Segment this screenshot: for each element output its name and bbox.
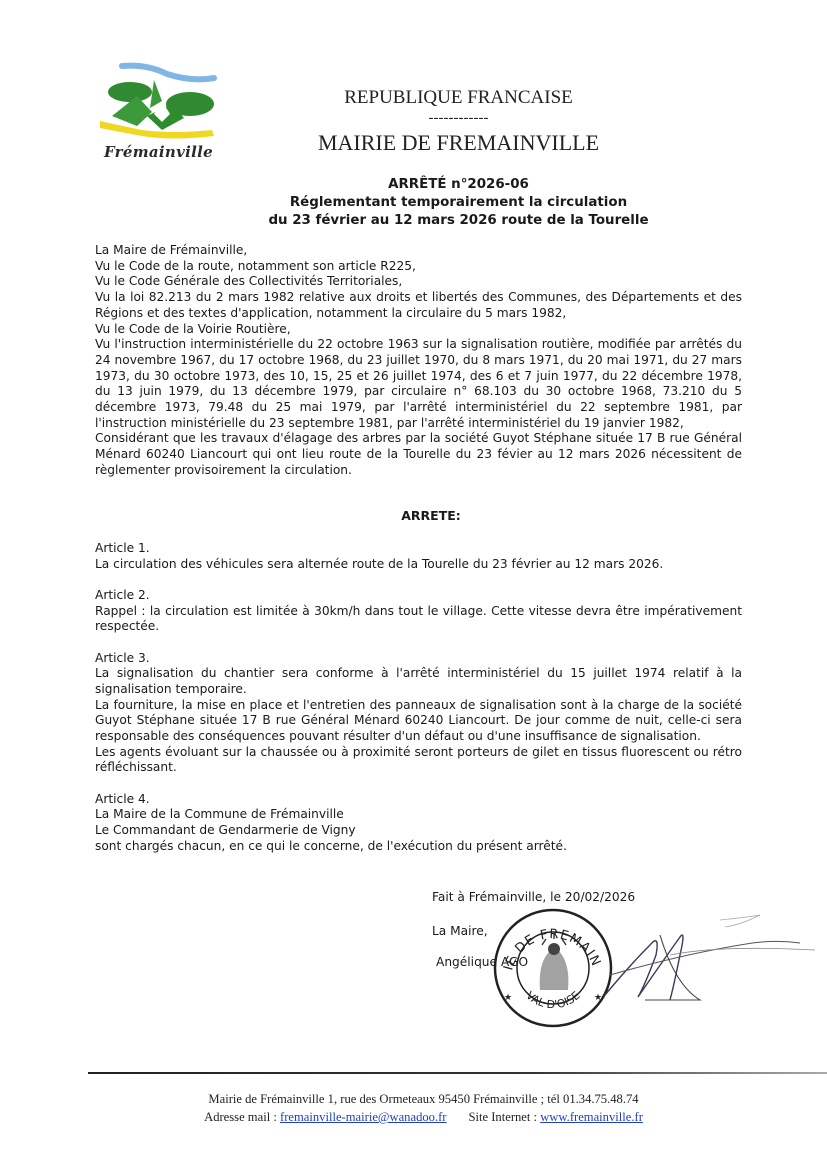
article-paragraph: Rappel : la circulation est limitée à 30… — [95, 604, 742, 635]
article-title: Article 4. — [95, 792, 742, 808]
article-3: Article 3. La signalisation du chantier … — [95, 651, 742, 777]
article-paragraph: La Maire de la Commune de Frémainville — [95, 807, 742, 823]
arrete-subject-line-1: Réglementant temporairement la circulati… — [90, 194, 827, 212]
arrete-title: ARRÊTÉ n°2026-06 Réglementant temporaire… — [0, 176, 827, 230]
republic-heading: REPUBLIQUE FRANCAISE — [0, 87, 827, 109]
email-link[interactable]: fremainville-mairie@wanadoo.fr — [280, 1110, 447, 1124]
footer-divider — [88, 1072, 827, 1074]
official-stamp-icon: MAIRIE DE FREMAINVILLE VAL D'OISE ★ ★ — [490, 905, 615, 1030]
arrete-heading: ARRETE: — [0, 508, 827, 523]
article-title: Article 3. — [95, 651, 742, 667]
preamble: La Maire de Frémainville, Vu le Code de … — [95, 243, 742, 479]
article-1: Article 1. La circulation des véhicules … — [95, 541, 742, 572]
preamble-line: Vu le Code de la Voirie Routière, — [95, 322, 742, 338]
article-paragraph: sont chargés chacun, en ce qui le concer… — [95, 839, 742, 855]
article-title: Article 1. — [95, 541, 742, 557]
preamble-line: Vu la loi 82.213 du 2 mars 1982 relative… — [95, 290, 742, 321]
preamble-line: Vu le Code de la route, notamment son ar… — [95, 259, 742, 275]
footer-address: Mairie de Frémainville 1, rue des Ormete… — [20, 1090, 827, 1108]
email-label: Adresse mail : — [204, 1110, 280, 1124]
article-4: Article 4. La Maire de la Commune de Fré… — [95, 792, 742, 855]
signer-role: La Maire, — [432, 924, 488, 938]
stamp-bottom-text: VAL D'OISE — [523, 989, 582, 1011]
mairie-heading: MAIRIE DE FREMAINVILLE — [0, 130, 827, 156]
svg-text:VAL D'OISE: VAL D'OISE — [523, 989, 582, 1011]
preamble-line: Considérant que les travaux d'élagage de… — [95, 431, 742, 478]
article-paragraph: La fourniture, la mise en place et l'ent… — [95, 698, 742, 745]
article-paragraph: La signalisation du chantier sera confor… — [95, 666, 742, 697]
arrete-subject-line-2: du 23 février au 12 mars 2026 route de l… — [90, 212, 827, 230]
footer-contacts: Adresse mail : fremainville-mairie@wanad… — [20, 1108, 827, 1126]
header-separator: ------------ — [0, 110, 827, 127]
place-and-date: Fait à Frémainville, le 20/02/2026 — [432, 890, 635, 904]
arrete-number: ARRÊTÉ n°2026-06 — [90, 176, 827, 194]
preamble-line: La Maire de Frémainville, — [95, 243, 742, 259]
articles: Article 1. La circulation des véhicules … — [95, 541, 742, 870]
article-title: Article 2. — [95, 588, 742, 604]
preamble-line: Vu l'instruction interministérielle du 2… — [95, 337, 742, 431]
article-paragraph: La circulation des véhicules sera altern… — [95, 557, 742, 573]
handwritten-signature-icon — [600, 905, 820, 1025]
preamble-line: Vu le Code Générale des Collectivités Te… — [95, 274, 742, 290]
svg-text:★: ★ — [504, 992, 512, 1002]
website-link[interactable]: www.fremainville.fr — [540, 1110, 643, 1124]
footer: Mairie de Frémainville 1, rue des Ormete… — [0, 1090, 827, 1126]
article-2: Article 2. Rappel : la circulation est l… — [95, 588, 742, 635]
article-paragraph: Les agents évoluant sur la chaussée ou à… — [95, 745, 742, 776]
article-paragraph: Le Commandant de Gendarmerie de Vigny — [95, 823, 742, 839]
site-label: Site Internet : — [469, 1110, 541, 1124]
